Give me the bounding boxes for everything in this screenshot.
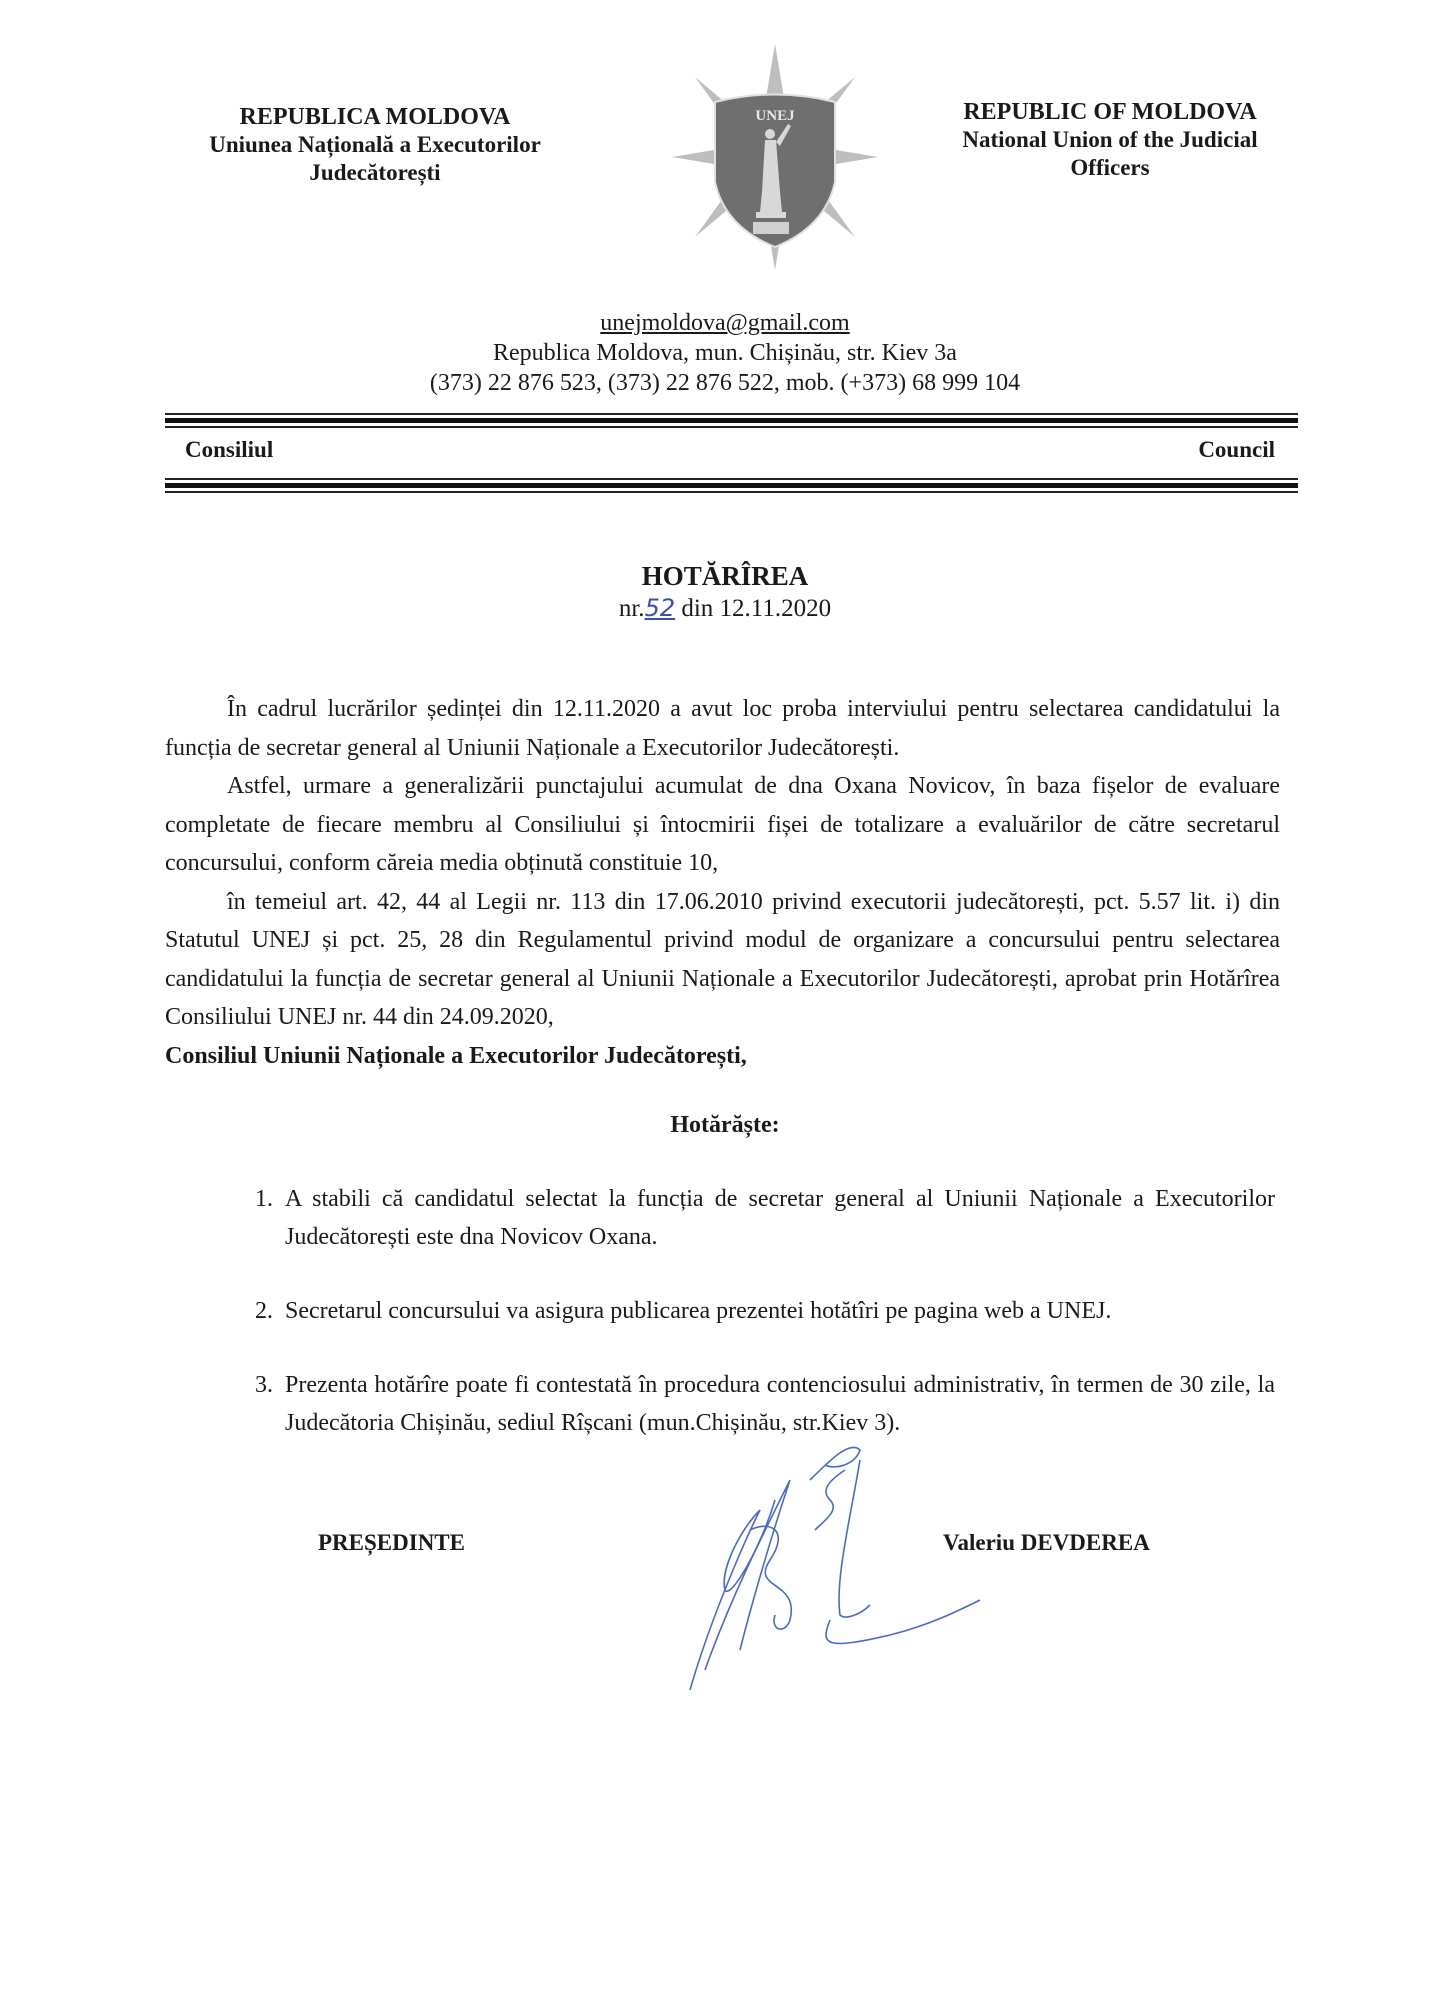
decision-date: din 12.11.2020 [681, 595, 831, 622]
body-paragraph-1: În cadrul lucrărilor ședinței din 12.11.… [165, 690, 1280, 767]
svg-text:UNEJ: UNEJ [755, 108, 795, 124]
signatory-name: Valeriu DEVDEREA [943, 1530, 1150, 1556]
decision-body: În cadrul lucrărilor ședinței din 12.11.… [165, 690, 1280, 1075]
item-text: Secretarul concursului va asigura public… [285, 1292, 1275, 1330]
contact-block: unejmoldova@gmail.com Republica Moldova,… [300, 308, 1150, 398]
handwritten-signature-icon [650, 1420, 1030, 1700]
country-name-ro: REPUBLICA MOLDOVA [175, 103, 575, 131]
body-paragraph-3: în temeiul art. 42, 44 al Legii nr. 113 … [165, 883, 1280, 1037]
list-item: 2. Secretarul concursului va asigura pub… [255, 1292, 1275, 1330]
decision-title: HOTĂRÎREA [400, 560, 1050, 592]
country-name-en: REPUBLIC OF MOLDOVA [900, 98, 1320, 126]
decision-title-block: HOTĂRÎREA nr.52 din 12.11.2020 [400, 560, 1050, 625]
signatory-title: PREȘEDINTE [318, 1530, 465, 1556]
council-label-en: Council [1198, 437, 1275, 463]
body-paragraph-2: Astfel, urmare a generalizării punctajul… [165, 767, 1280, 883]
header-divider-bottom [165, 478, 1298, 496]
list-item: 1. A stabili că candidatul selectat la f… [255, 1180, 1275, 1256]
item-text: A stabili că candidatul selectat la func… [285, 1180, 1275, 1256]
body-paragraph-council: Consiliul Uniunii Naționale a Executoril… [165, 1037, 1280, 1076]
council-label-ro: Consiliul [185, 437, 273, 463]
org-name-ro-line2: Judecătorești [175, 159, 575, 187]
item-number: 3. [255, 1366, 285, 1442]
header-english: REPUBLIC OF MOLDOVA National Union of th… [900, 98, 1320, 182]
postal-address: Republica Moldova, mun. Chișinău, str. K… [300, 338, 1150, 368]
decides-heading: Hotărăște: [400, 1112, 1050, 1139]
org-name-en-line1: National Union of the Judicial [900, 126, 1320, 154]
phone-numbers: (373) 22 876 523, (373) 22 876 522, mob.… [300, 368, 1150, 398]
item-number: 1. [255, 1180, 285, 1256]
email-link[interactable]: unejmoldova@gmail.com [300, 308, 1150, 338]
decision-number-handwritten: 52 [645, 594, 676, 622]
org-name-ro-line1: Uniunea Națională a Executorilor [175, 131, 575, 159]
item-number: 2. [255, 1292, 285, 1330]
decision-number-prefix: nr. [619, 595, 645, 622]
decision-number-line: nr.52 din 12.11.2020 [400, 592, 1050, 625]
unej-logo-icon: UNEJ [670, 42, 880, 272]
org-name-en-line2: Officers [900, 154, 1320, 182]
header-divider-top [165, 413, 1298, 431]
header-romanian: REPUBLICA MOLDOVA Uniunea Națională a Ex… [175, 103, 575, 187]
